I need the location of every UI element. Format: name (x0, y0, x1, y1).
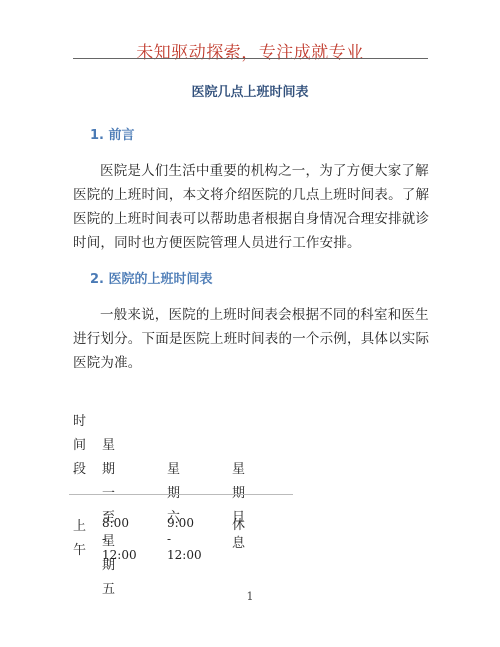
page-number: 1 (0, 590, 500, 603)
weekday-time-end: 12:00 (102, 547, 137, 563)
period-label-char: 段 (73, 458, 89, 482)
period-label-char: 时 (73, 410, 89, 434)
section-heading-schedule: 2. 医院的上班时间表 (90, 268, 213, 287)
row-period: 上 午 (73, 515, 89, 563)
row-saturday-time: 9:00 - 12:00 (167, 515, 202, 563)
row-weekday-time: 8:00 - 12:00 (102, 515, 137, 563)
period-char: 午 (73, 539, 89, 563)
document-title: 医院几点上班时间表 (0, 81, 500, 100)
header-divider (73, 58, 428, 59)
paragraph-preface: 医院是人们生活中重要的机构之一，为了方便大家了解医院的上班时间，本文将介绍医院的… (73, 159, 431, 255)
paragraph-schedule: 一般来说，医院的上班时间表会根据不同的科室和医生进行划分。下面是医院上班时间表的… (73, 303, 431, 375)
table-header-divider (69, 494, 293, 495)
saturday-time-start: 9:00 - (167, 515, 202, 547)
section-heading-preface: 1. 前言 (90, 124, 135, 143)
header-banner: 未知驱动探索，专注成就专业 (0, 38, 500, 63)
period-char: 上 (73, 515, 89, 539)
table-header-period: 时 间 段 (73, 410, 89, 482)
saturday-time-end: 12:00 (167, 547, 202, 563)
weekday-time-start: 8:00 - (102, 515, 137, 547)
period-label-char: 间 (73, 434, 89, 458)
row-sunday-status: 休息 (232, 517, 245, 553)
